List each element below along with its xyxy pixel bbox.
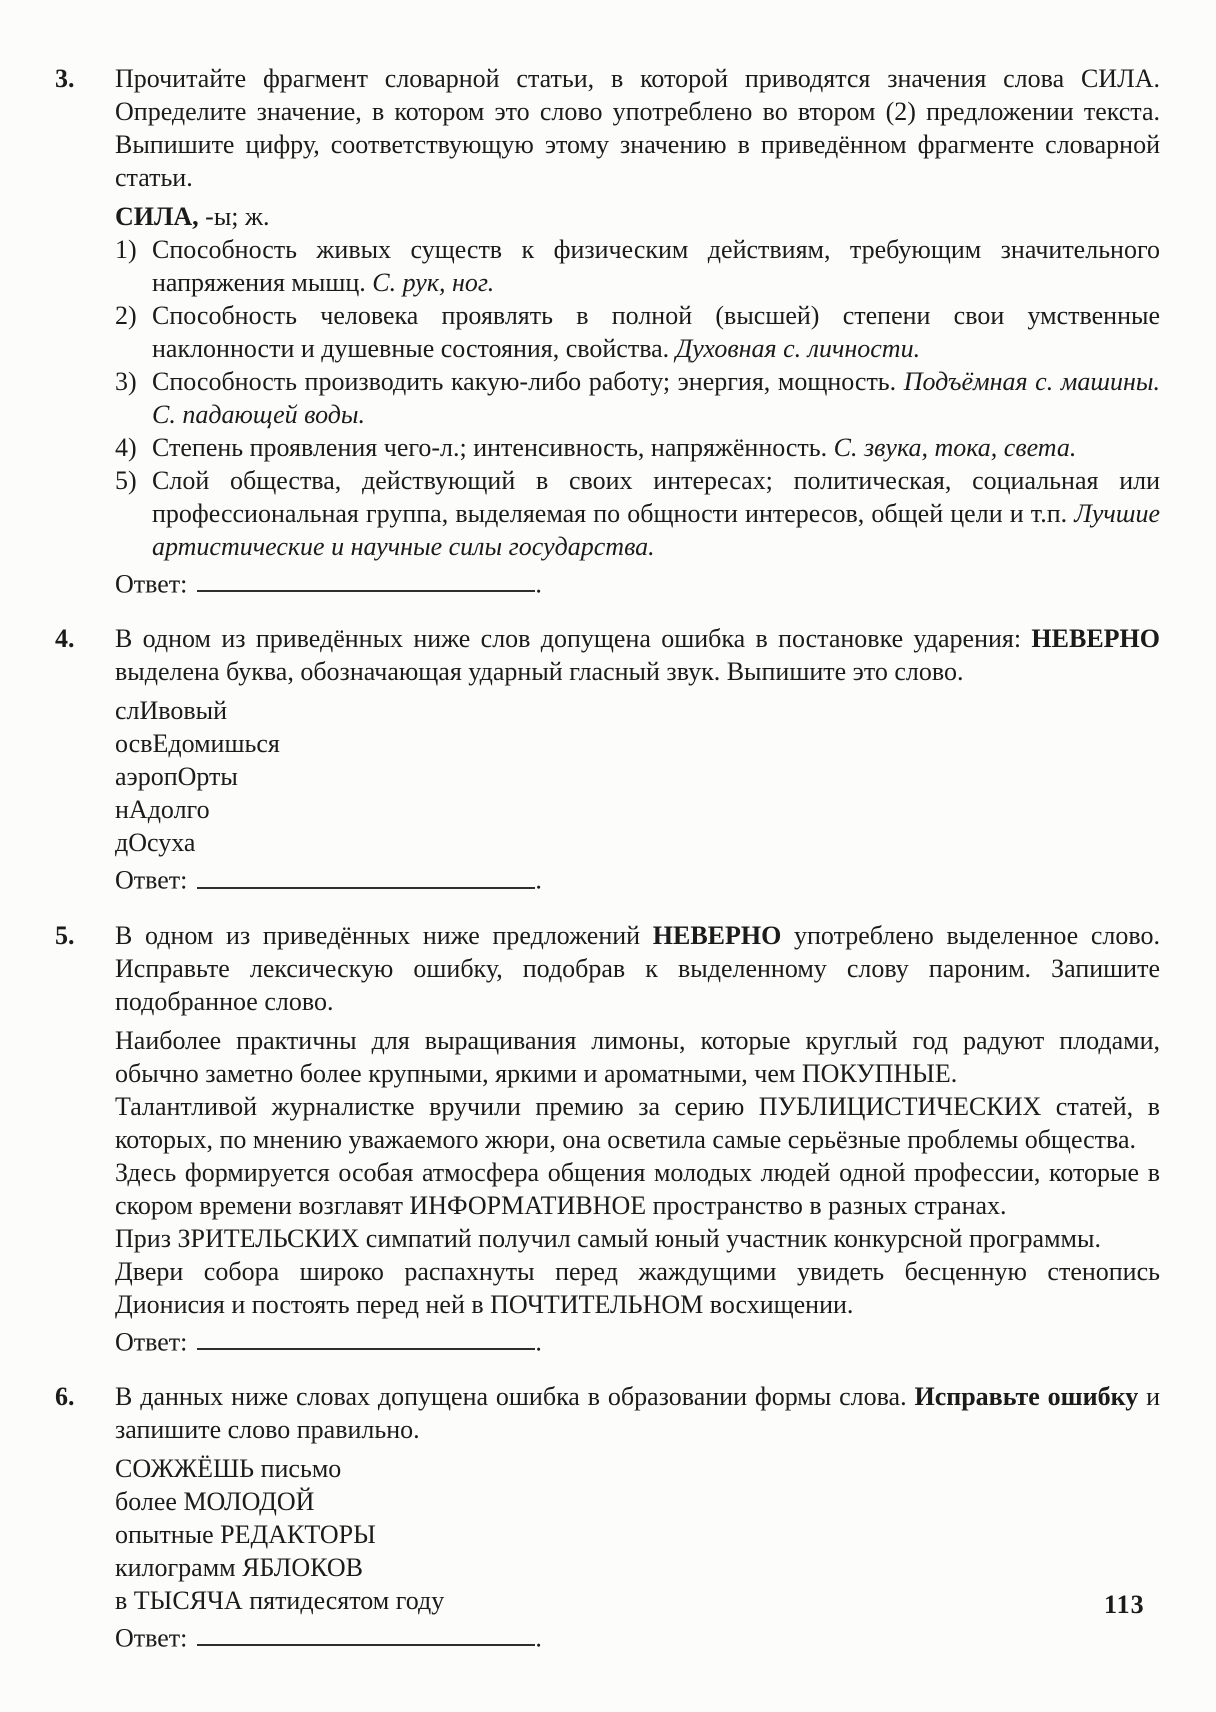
word-form-option: СОЖЖЁШЬ письмо: [115, 1452, 1160, 1485]
answer-label: Ответ:: [115, 569, 187, 598]
paronym-sentences: Наиболее практичны для выращивания лимон…: [115, 1024, 1160, 1321]
paronym-sentence: Наиболее практичны для выращивания лимон…: [115, 1024, 1160, 1090]
definition-text: Способность живых существ к физическим д…: [152, 235, 1160, 297]
intro-text: В одном из приведённых ниже слов допущен…: [115, 624, 1031, 653]
answer-row: Ответ:.: [115, 1617, 1160, 1654]
paronym-sentence: Приз ЗРИТЕЛЬСКИХ симпатий получил самый …: [115, 1222, 1160, 1255]
task-6: 6. В данных ниже словах допущена ошибка …: [55, 1380, 1160, 1654]
task-number: 4.: [55, 622, 115, 896]
answer-period: .: [535, 866, 542, 895]
headword-grammar: -ы; ж.: [199, 202, 270, 231]
word-form-option: в ТЫСЯЧА пятидесятом году: [115, 1584, 1160, 1617]
workbook-page: { "labels": { "answer": "Ответ:", "answe…: [0, 0, 1216, 1712]
definition-text: Степень проявления чего-л.; интенсивност…: [152, 433, 834, 462]
word-form-option: килограмм ЯБЛОКОВ: [115, 1551, 1160, 1584]
intro-bold-word: НЕВЕРНО: [1031, 624, 1160, 653]
task-4: 4. В одном из приведённых ниже слов допу…: [55, 622, 1160, 896]
word-form-list: СОЖЖЁШЬ письмо более МОЛОДОЙ опытные РЕД…: [115, 1452, 1160, 1617]
paronym-sentence: Здесь формируется особая атмосфера общен…: [115, 1156, 1160, 1222]
answer-row: Ответ:.: [115, 1321, 1160, 1358]
answer-label: Ответ:: [115, 866, 187, 895]
definition-example: Духовная с. личности.: [676, 334, 920, 363]
answer-blank-line: [197, 1321, 535, 1350]
stress-word-list: слИвовый освЕдомишься аэропОрты нАдолго …: [115, 694, 1160, 859]
dictionary-definition: 1)Способность живых существ к физическим…: [115, 233, 1160, 299]
stress-word-option: аэропОрты: [115, 760, 1160, 793]
word-form-option: опытные РЕДАКТОРЫ: [115, 1518, 1160, 1551]
definition-example: С. звука, тока, света.: [834, 433, 1077, 462]
answer-row: Ответ:.: [115, 563, 1160, 600]
stress-word-option: слИвовый: [115, 694, 1160, 727]
task-number: 5.: [55, 919, 115, 1358]
definition-text: Слой общества, действующий в своих интер…: [152, 466, 1160, 528]
definition-text: Способность человека проявлять в полной …: [152, 301, 1160, 363]
page-content: 3. Прочитайте фрагмент словарной статьи,…: [0, 0, 1216, 1654]
task-3: 3. Прочитайте фрагмент словарной статьи,…: [55, 62, 1160, 600]
answer-blank-line: [197, 859, 535, 888]
definition-marker: 4): [115, 431, 137, 464]
answer-blank-line: [197, 1617, 535, 1646]
dictionary-definition: 4)Степень проявления чего-л.; интенсивно…: [115, 431, 1160, 464]
answer-blank-line: [197, 563, 535, 592]
definition-marker: 3): [115, 365, 137, 398]
dictionary-definition: 2)Способность человека проявлять в полно…: [115, 299, 1160, 365]
answer-period: .: [535, 569, 542, 598]
definition-marker: 5): [115, 464, 137, 497]
definition-example: С. рук, ног.: [372, 268, 494, 297]
dictionary-entry: СИЛА, -ы; ж. 1)Способность живых существ…: [115, 200, 1160, 563]
task-intro: В данных ниже словах допущена ошибка в о…: [115, 1380, 1160, 1446]
answer-period: .: [535, 1623, 542, 1652]
paronym-sentence: Талантливой журналистке вручили премию з…: [115, 1090, 1160, 1156]
task-number: 3.: [55, 62, 115, 600]
definition-text: Способность производить какую-либо работ…: [152, 367, 904, 396]
task-intro: В одном из приведённых ниже предложений …: [115, 919, 1160, 1018]
answer-label: Ответ:: [115, 1623, 187, 1652]
word-form-option: более МОЛОДОЙ: [115, 1485, 1160, 1518]
stress-word-option: дОсуха: [115, 826, 1160, 859]
task-intro: В одном из приведённых ниже слов допущен…: [115, 622, 1160, 688]
task-intro: Прочитайте фрагмент словарной статьи, в …: [115, 62, 1160, 194]
definition-marker: 2): [115, 299, 137, 332]
paronym-sentence: Двери собора широко распахнуты перед жаж…: [115, 1255, 1160, 1321]
intro-text: выделена буква, обозначающая ударный гла…: [115, 657, 963, 686]
headword-word: СИЛА,: [115, 202, 199, 231]
intro-text: В одном из приведённых ниже предложений: [115, 921, 653, 950]
dictionary-definition: 5)Слой общества, действующий в своих инт…: [115, 464, 1160, 563]
page-number: 113: [1104, 1588, 1145, 1621]
intro-text: В данных ниже словах допущена ошибка в о…: [115, 1382, 914, 1411]
stress-word-option: нАдолго: [115, 793, 1160, 826]
answer-row: Ответ:.: [115, 859, 1160, 896]
definition-marker: 1): [115, 233, 137, 266]
dictionary-headword: СИЛА, -ы; ж.: [115, 200, 1160, 233]
definitions-list: 1)Способность живых существ к физическим…: [115, 233, 1160, 563]
stress-word-option: освЕдомишься: [115, 727, 1160, 760]
task-5: 5. В одном из приведённых ниже предложен…: [55, 919, 1160, 1358]
dictionary-definition: 3)Способность производить какую-либо раб…: [115, 365, 1160, 431]
intro-bold-phrase: Исправьте ошибку: [914, 1382, 1138, 1411]
intro-bold-word: НЕВЕРНО: [653, 921, 782, 950]
answer-period: .: [535, 1327, 542, 1356]
task-number: 6.: [55, 1380, 115, 1654]
answer-label: Ответ:: [115, 1327, 187, 1356]
